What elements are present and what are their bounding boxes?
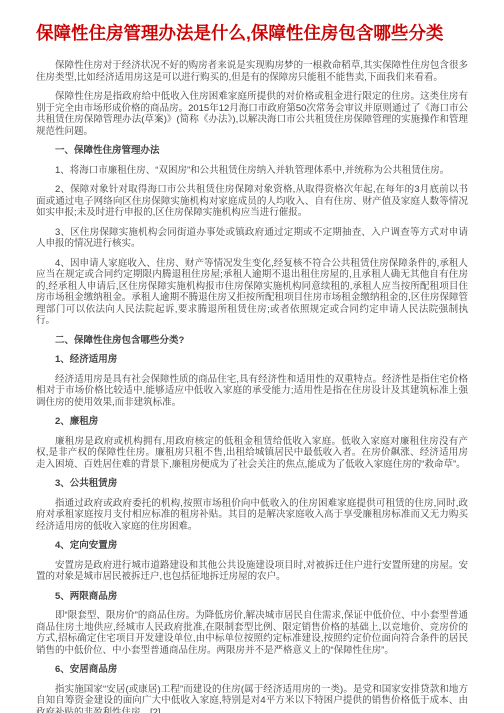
category-1-paragraph: 经济适用房是具有社会保障性质的商品住宅,具有经济性和适用性的双重特点。经济性是指… <box>36 374 468 409</box>
category-6-subhead: 6、安居商品房 <box>36 664 468 676</box>
category-4-paragraph: 安置房是政府进行城市道路建设和其他公共设施建设项目时,对被拆迁住户进行安置所建的… <box>36 560 468 583</box>
article-page: 保障性住房管理办法是什么,保障性住房包含哪些分类 保障性住房对于经济状况不好的购… <box>0 0 504 713</box>
category-3-paragraph: 指通过政府或政府委托的机构,按照市场租价向中低收入的住房困难家庭提供可租赁的住房… <box>36 498 468 533</box>
rule-item-2: 2、保障对象针对取得海口市公共租赁住房保障对象资格,从取得资格次年起,在每年的3… <box>36 184 468 219</box>
category-6-paragraph: 指实施国家“安居(或康居)工程”而建设的住房(属于经济适用房的一类)。是党和国家… <box>36 684 468 713</box>
category-3-subhead: 3、公共租赁房 <box>36 478 468 490</box>
intro-paragraph: 保障性住房对于经济状况不好的购房者来说是实现购房梦的一根救命稻草,其实保障性住房… <box>36 60 468 83</box>
rule-item-4: 4、因申请人家庭收入、住房、财产等情况发生变化,经复核不符合公共租赁住房保障条件… <box>36 258 468 327</box>
rule-item-1: 1、将海口市廉租住房、“双困房”和公共租赁住房纳入并轨管理体系中,并统称为公共租… <box>36 165 468 177</box>
category-4-subhead: 4、定向安置房 <box>36 540 468 552</box>
category-2-subhead: 2、廉租房 <box>36 416 468 428</box>
rule-item-3: 3、区住房保障实施机构会同街道办事处或镇政府通过定期或不定期抽查、入户调查等方式… <box>36 227 468 250</box>
category-2-paragraph: 廉租房是政府或机构拥有,用政府核定的低租金租赁给低收入家庭。低收入家庭对廉租住房… <box>36 436 468 471</box>
definition-paragraph: 保障性住房是指政府给中低收入住房困难家庭所提供的对价格或租金进行限定的住房。这类… <box>36 91 468 137</box>
section-1-heading: 一、保障性住房管理办法 <box>36 145 468 157</box>
category-5-paragraph: 即“限套型、限房价”的商品住房。为降低房价,解决城市居民自住需求,保证中低价位、… <box>36 610 468 656</box>
section-2-heading: 二、保障性住房包含哪些分类? <box>36 335 468 347</box>
category-1-subhead: 1、经济适用房 <box>36 354 468 366</box>
article-title: 保障性住房管理办法是什么,保障性住房包含哪些分类 <box>36 22 468 44</box>
category-5-subhead: 5、两限商品房 <box>36 591 468 603</box>
